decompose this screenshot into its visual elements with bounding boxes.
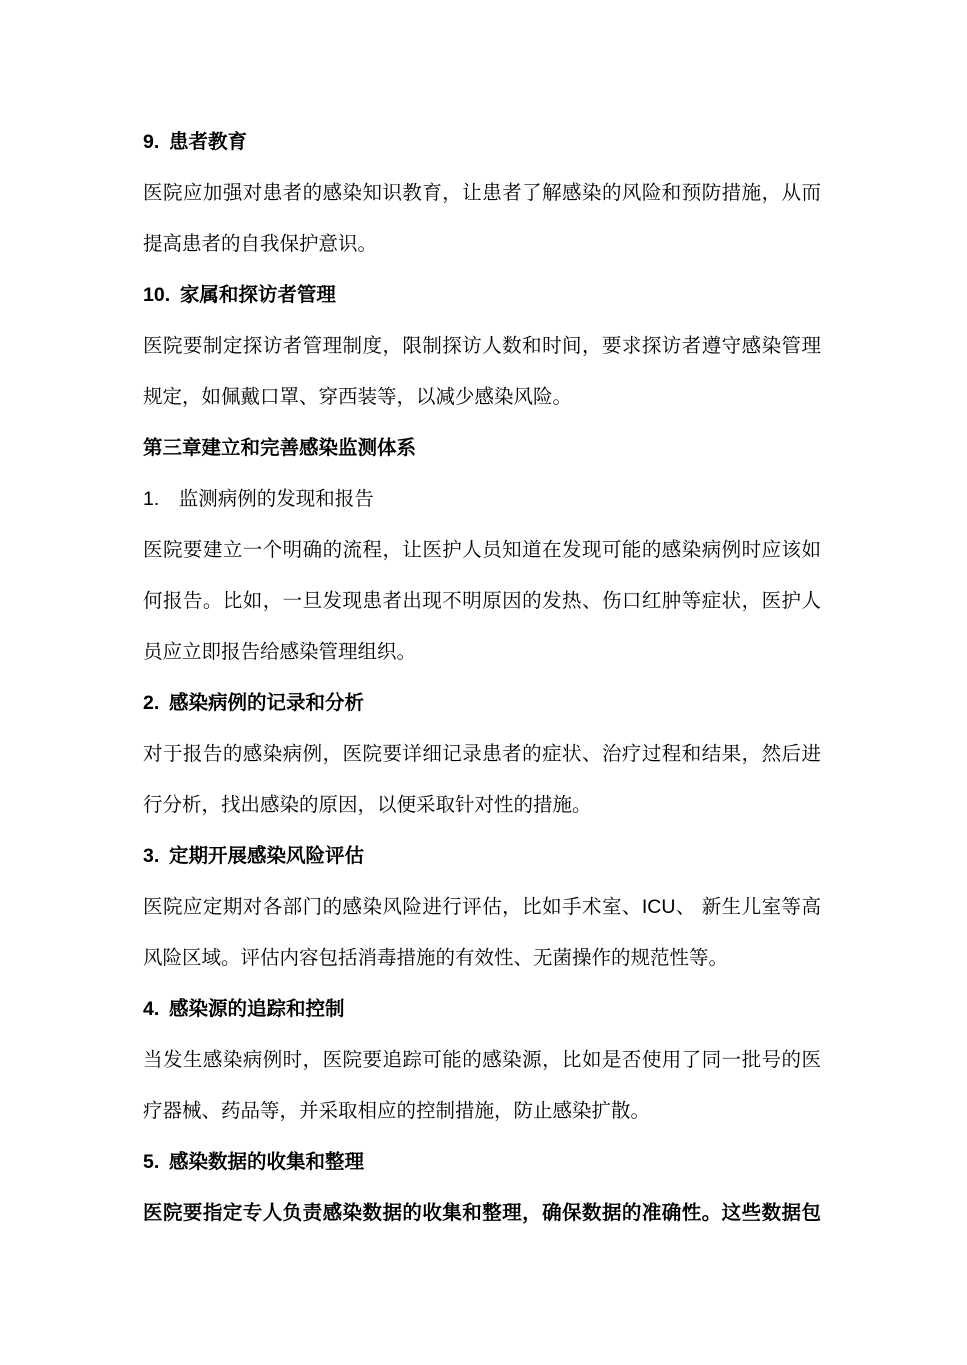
section-heading-2: 2. 感染病例的记录和分析	[143, 678, 821, 729]
paragraph-line: 医院应定期对各部门的感染风险进行评估，比如手术室、ICU、 新生儿室等高	[143, 882, 821, 933]
paragraph-line: 医院要制定探访者管理制度，限制探访人数和时间，要求探访者遵守感染管理	[143, 321, 821, 372]
paragraph-line: 对于报告的感染病例，医院要详细记录患者的症状、治疗过程和结果，然后进	[143, 729, 821, 780]
paragraph-line: 提高患者的自我保护意识。	[143, 219, 821, 270]
paragraph-line: 医院应加强对患者的感染知识教育，让患者了解感染的风险和预防措施，从而	[143, 168, 821, 219]
section-heading-3: 3. 定期开展感染风险评估	[143, 831, 821, 882]
chapter-heading: 第三章建立和完善感染监测体系	[143, 423, 821, 474]
paragraph-line: 规定，如佩戴口罩、穿西装等，以减少感染风险。	[143, 372, 821, 423]
section-heading-9: 9. 患者教育	[143, 117, 821, 168]
paragraph-line: 风险区域。评估内容包括消毒措施的有效性、无菌操作的规范性等。	[143, 933, 821, 984]
section-heading-10: 10. 家属和探访者管理	[143, 270, 821, 321]
section-heading-4: 4. 感染源的追踪和控制	[143, 984, 821, 1035]
document-page: 9. 患者教育 医院应加强对患者的感染知识教育，让患者了解感染的风险和预防措施，…	[143, 117, 821, 1239]
paragraph-line: 何报告。比如，一旦发现患者出现不明原因的发热、伤口红肿等症状，医护人	[143, 576, 821, 627]
paragraph-line: 疗器械、药品等，并采取相应的控制措施，防止感染扩散。	[143, 1086, 821, 1137]
paragraph-line: 医院要建立一个明确的流程，让医护人员知道在发现可能的感染病例时应该如	[143, 525, 821, 576]
paragraph-line: 行分析，找出感染的原因，以便采取针对性的措施。	[143, 780, 821, 831]
paragraph-line-bold: 医院要指定专人负责感染数据的收集和整理，确保数据的准确性。这些数据包	[143, 1188, 821, 1239]
paragraph-line: 员应立即报告给感染管理组织。	[143, 627, 821, 678]
section-heading-5: 5. 感染数据的收集和整理	[143, 1137, 821, 1188]
section-heading-1: 1. 监测病例的发现和报告	[143, 474, 821, 525]
paragraph-line: 当发生感染病例时，医院要追踪可能的感染源，比如是否使用了同一批号的医	[143, 1035, 821, 1086]
